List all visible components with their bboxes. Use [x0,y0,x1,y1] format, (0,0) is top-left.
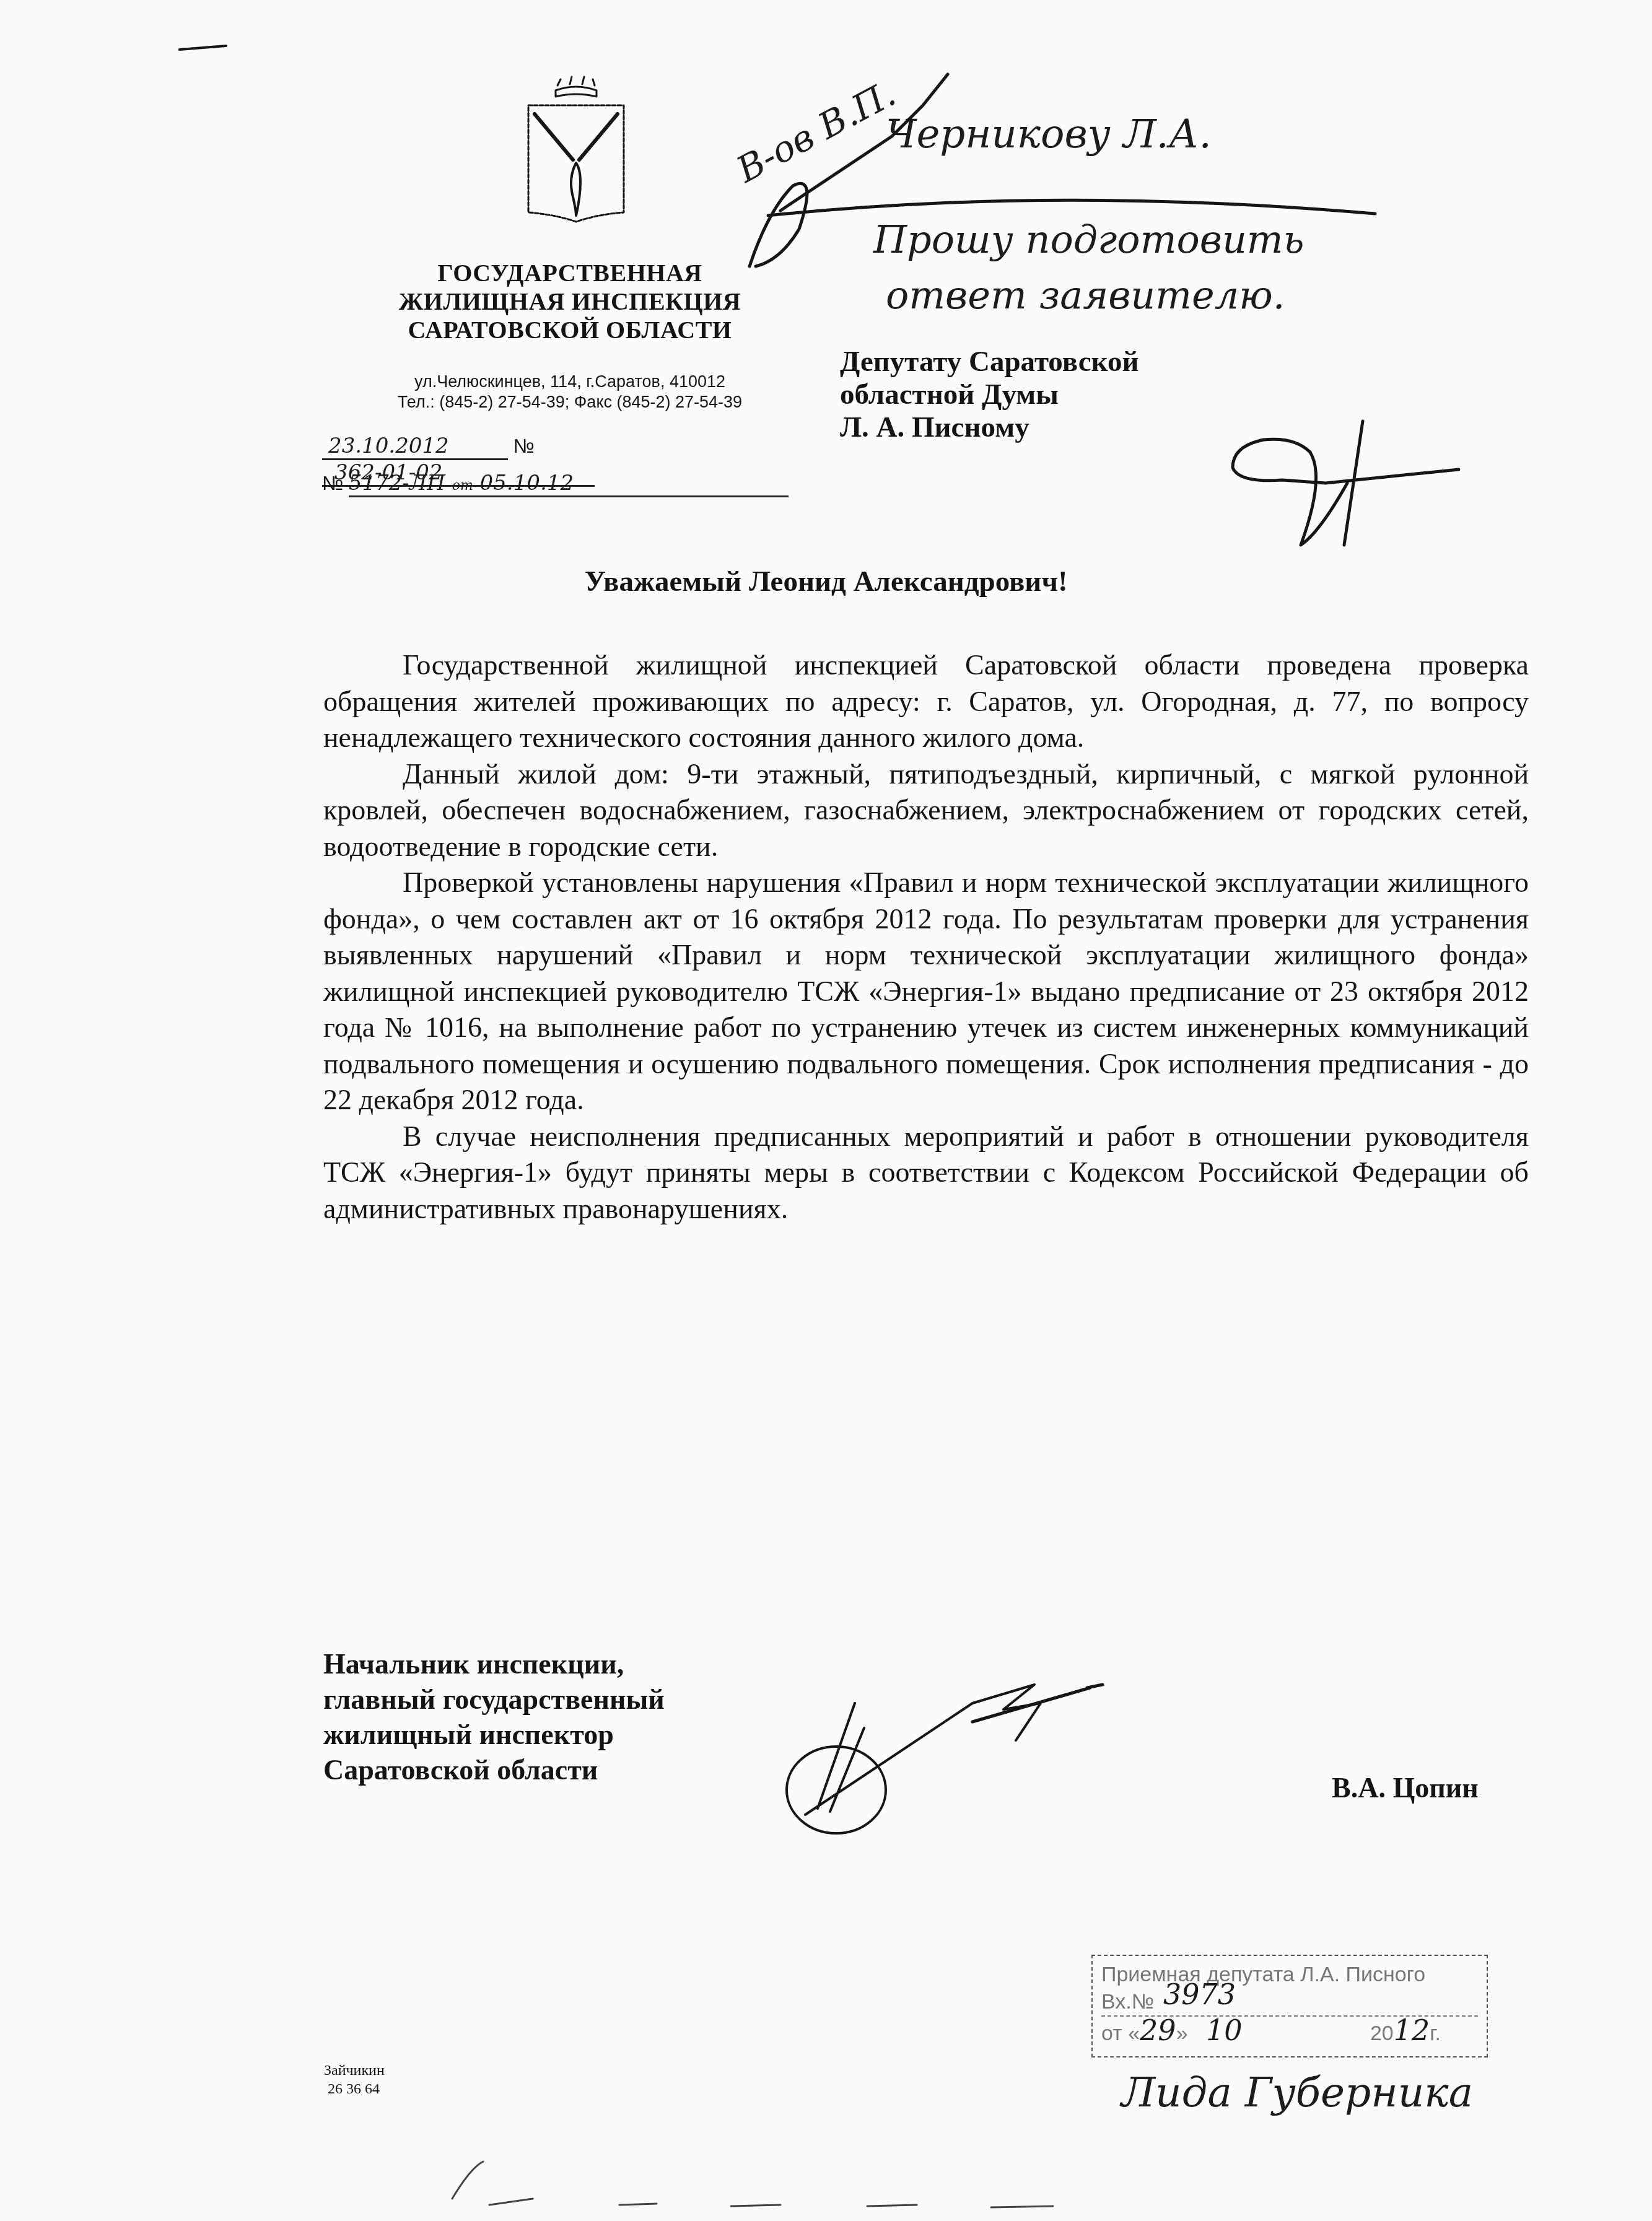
addressee-block: Депутату Саратовской областной Думы Л. А… [840,346,1139,444]
outgoing-date: 23.10.2012 [322,434,508,460]
stamp-from-label-close: » [1176,2022,1188,2045]
salutation: Уважаемый Леонид Александрович! [0,565,1652,598]
incoming-reference: № 5172-ЛП от 05.10.12 [322,471,805,497]
stamp-year-end: г. [1430,2022,1441,2045]
signatory-name: В.А. Цопин [1332,1771,1479,1804]
stamp-title: Приемная депутата Л.А. Писного [1101,1961,1478,1988]
body-paragraph: Государственной жилищной инспекцией Сара… [323,647,1529,756]
number-sign: № [514,435,535,457]
stamp-year-suffix: 12 [1394,2014,1430,2047]
body-paragraph: В случае неисполнения предписанных мероп… [323,1119,1529,1228]
executor-name: Зайчикин [324,2061,385,2080]
stamp-from-label: от « [1101,2022,1140,2045]
addressee-initials-mark [1214,421,1462,570]
org-name-line: ГОСУДАРСТВЕННАЯ [347,259,793,287]
addressee-line: Л. А. Писному [840,411,1139,444]
addressee-line: областной Думы [840,378,1139,411]
stamp-month: 10 [1206,2014,1243,2047]
signatory-title-line: Саратовской области [323,1752,665,1787]
stamp-date-row: от «29» 10 2012г. [1101,2015,1478,2047]
signatory-title-line: главный государственный [323,1682,665,1717]
stamp-year: 2012г. [1370,2017,1441,2047]
signatory-title: Начальник инспекции, главный государстве… [323,1646,665,1787]
stamp-incoming-number-row: Вх.№ 3973 [1101,1988,1478,2015]
signatory-title-line: Начальник инспекции, [323,1646,665,1682]
letter-body: Государственной жилищной инспекцией Сара… [323,647,1529,1227]
stamp-day: 29 [1140,2014,1176,2047]
organization-contacts: ул.Челюскинцев, 114, г.Саратов, 410012 Т… [347,372,793,412]
org-name-line: САРАТОВСКОЙ ОБЛАСТИ [347,316,793,344]
incoming-registration-stamp: Приемная депутата Л.А. Писного Вх.№ 3973… [1091,1955,1488,2057]
body-paragraph: Проверкой установлены нарушения «Правил … [323,865,1529,1119]
saratov-coat-of-arms-icon [523,73,629,222]
org-phones: Тел.: (845-2) 27-54-39; Факс (845-2) 27-… [347,392,793,412]
handwritten-signature [768,1666,1264,1846]
resolution-strokes [743,50,1549,347]
executor-info: Зайчикин 26 36 64 [324,2061,385,2098]
executor-phone: 26 36 64 [324,2080,385,2098]
addressee-line: Депутату Саратовской [840,346,1139,378]
handwritten-note-bottom: Лида Губерника [1121,2069,1473,2116]
bottom-scribble [434,2155,1239,2217]
signatory-title-line: жилищный инспектор [323,1717,665,1752]
incoming-ref-date: 05.10.12 [480,471,574,495]
body-paragraph: Данный жилой дом: 9-ти этажный, пятиподъ… [323,756,1529,865]
incoming-ref-number: 5172-ЛП [349,471,445,495]
stamp-in-number: 3973 [1163,1981,1236,2008]
number-sign: № [322,472,343,494]
org-name-line: ЖИЛИЩНАЯ ИНСПЕКЦИЯ [347,287,793,316]
org-address: ул.Челюскинцев, 114, г.Саратов, 410012 [347,372,793,392]
stamp-in-label: Вх.№ [1101,1990,1154,2014]
scan-mark [180,43,229,56]
stamp-year-prefix: 20 [1370,2022,1394,2045]
incoming-reference-value: 5172-ЛП от 05.10.12 [349,471,789,497]
incoming-ref-from: от [452,478,473,494]
organization-name: ГОСУДАРСТВЕННАЯ ЖИЛИЩНАЯ ИНСПЕКЦИЯ САРАТ… [347,259,793,344]
